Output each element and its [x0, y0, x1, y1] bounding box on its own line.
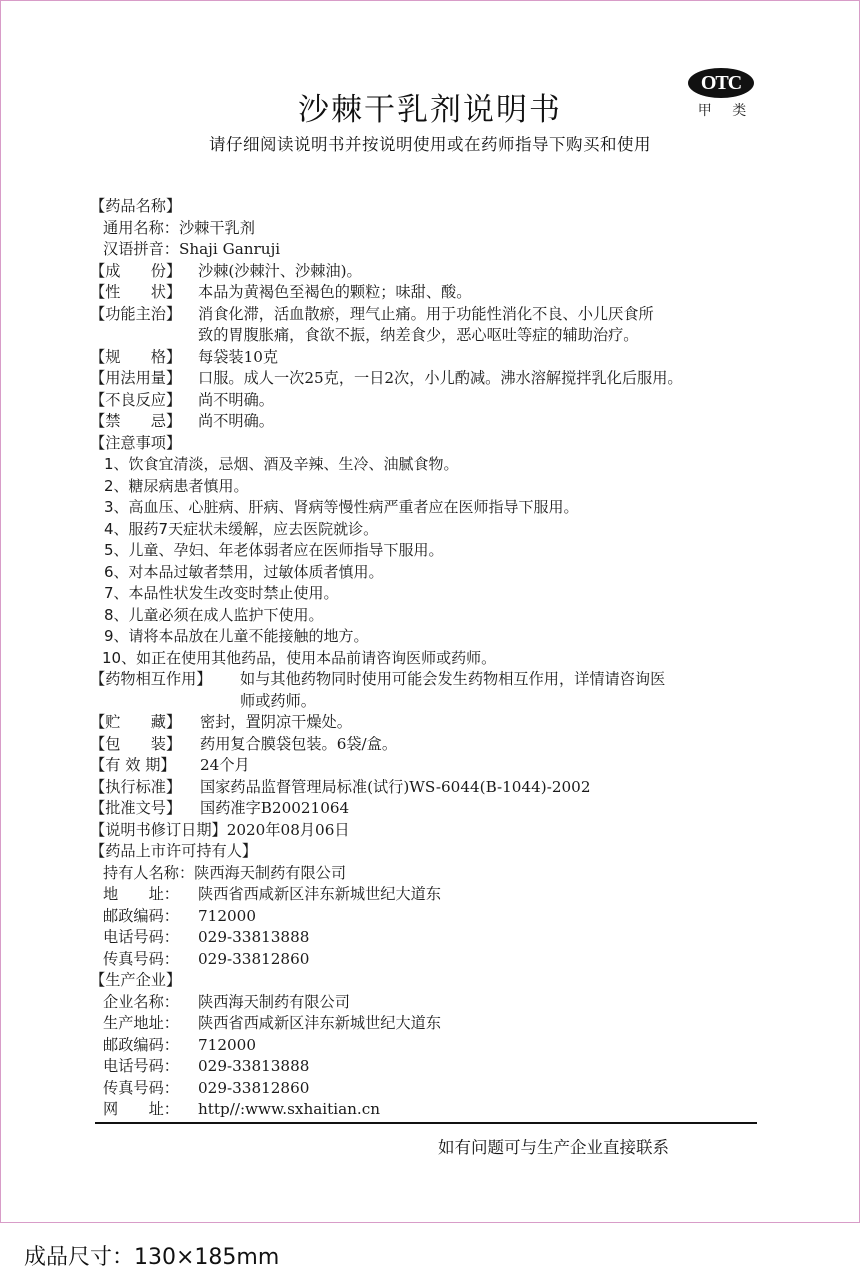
- field-value: 陕西海天制药有限公司: [194, 863, 346, 885]
- otc-logo-icon: OTC: [688, 68, 754, 98]
- section-label: 【批准文号】: [90, 798, 200, 820]
- section-label: 【禁 忌】: [90, 411, 198, 433]
- packaging-row: 【包 装】 药用复合膜袋包装。6袋/盒。: [90, 734, 790, 756]
- holder-field: 电话号码： 029-33813888: [90, 927, 790, 949]
- holder-field: 邮政编码： 712000: [90, 906, 790, 928]
- section-value: 尚不明确。: [198, 411, 274, 433]
- section-label: 【性 状】: [90, 282, 198, 304]
- field-value: 029-33813888: [198, 1056, 309, 1078]
- section-value: 药用复合膜袋包装。6袋/盒。: [200, 734, 397, 756]
- field-label: 传真号码：: [103, 949, 198, 971]
- field-value: 沙棘干乳剂: [179, 218, 255, 240]
- expiry-row: 【有 效 期】 24个月: [90, 755, 790, 777]
- manufacturer-header: 【生产企业】: [90, 970, 790, 992]
- field-value: 陕西海天制药有限公司: [198, 992, 350, 1014]
- section-label: 【功能主治】: [90, 304, 198, 326]
- field-value: 陕西省西咸新区沣东新城世纪大道东: [198, 884, 441, 906]
- storage-row: 【贮 藏】 密封，置阴凉干燥处。: [90, 712, 790, 734]
- manufacturer-field: 邮政编码： 712000: [90, 1035, 790, 1057]
- field-label: 邮政编码：: [103, 906, 198, 928]
- field-value: 712000: [198, 906, 256, 928]
- ingredients-row: 【成 份】 沙棘(沙棘汁、沙棘油)。: [90, 261, 790, 283]
- section-value: 密封，置阴凉干燥处。: [200, 712, 352, 734]
- section-drug-name-header: 【药品名称】: [90, 196, 790, 218]
- field-value: 029-33812860: [198, 1078, 309, 1100]
- indications-row: 【功能主治】 消食化滞，活血散瘀，理气止痛。用于功能性消化不良、小儿厌食所: [90, 304, 790, 326]
- section-value: 消食化滞，活血散瘀，理气止痛。用于功能性消化不良、小儿厌食所: [198, 304, 654, 326]
- field-value: 712000: [198, 1035, 256, 1057]
- manufacturer-field: 传真号码： 029-33812860: [90, 1078, 790, 1100]
- section-value: 尚不明确。: [198, 390, 274, 412]
- field-label: 持有人名称：: [103, 863, 194, 885]
- field-label: 地 址：: [103, 884, 198, 906]
- section-value: 国家药品监督管理局标准(试行)WS-6044(B-1044)-2002: [200, 777, 591, 799]
- description-row: 【性 状】 本品为黄褐色至褐色的颗粒；味甜、酸。: [90, 282, 790, 304]
- field-label: 汉语拼音：: [103, 239, 179, 261]
- precaution-item: 1、饮食宜清淡，忌烟、酒及辛辣、生冷、油腻食物。: [104, 454, 790, 476]
- indications-row-cont: 致的胃腹胀痛，食欲不振，纳差食少，恶心呕吐等症的辅助治疗。: [90, 325, 790, 347]
- holder-header: 【药品上市许可持有人】: [90, 841, 790, 863]
- section-value: 致的胃腹胀痛，食欲不振，纳差食少，恶心呕吐等症的辅助治疗。: [198, 325, 638, 347]
- manufacturer-field: 企业名称： 陕西海天制药有限公司: [90, 992, 790, 1014]
- field-label: 企业名称：: [103, 992, 198, 1014]
- website-value: http//:www.sxhaitian.cn: [198, 1099, 380, 1121]
- contact-note: 如有问题可与生产企业直接联系: [438, 1134, 669, 1158]
- footer-divider: [95, 1122, 757, 1124]
- adverse-row: 【不良反应】 尚不明确。: [90, 390, 790, 412]
- section-value: 2020年08月06日: [227, 820, 350, 842]
- manufacturer-field: 生产地址： 陕西省西咸新区沣东新城世纪大道东: [90, 1013, 790, 1035]
- otc-badge: OTC 甲 类: [688, 68, 756, 120]
- section-value: 本品为黄褐色至褐色的颗粒；味甜、酸。: [198, 282, 471, 304]
- precaution-item: 6、对本品过敏者禁用，过敏体质者慎用。: [104, 562, 790, 584]
- field-value: Shaji Ganruji: [179, 239, 280, 261]
- section-label: 【包 装】: [90, 734, 200, 756]
- field-label: 电话号码：: [103, 927, 198, 949]
- section-label: 【规 格】: [90, 347, 198, 369]
- pinyin-row: 汉语拼音： Shaji Ganruji: [90, 239, 790, 261]
- holder-field: 传真号码： 029-33812860: [90, 949, 790, 971]
- revision-date-row: 【说明书修订日期】 2020年08月06日: [90, 820, 790, 842]
- precaution-item: 3、高血压、心脏病、肝病、肾病等慢性病严重者应在医师指导下服用。: [104, 497, 790, 519]
- section-label: 【不良反应】: [90, 390, 198, 412]
- precaution-item: 10、如正在使用其他药品，使用本品前请咨询医师或药师。: [102, 648, 790, 670]
- section-label: 【执行标准】: [90, 777, 200, 799]
- holder-field: 持有人名称： 陕西海天制药有限公司: [90, 863, 790, 885]
- document-subtitle: 请仔细阅读说明书并按说明使用或在药师指导下购买和使用: [0, 131, 860, 155]
- field-label: 通用名称：: [103, 218, 179, 240]
- precaution-item: 7、本品性状发生改变时禁止使用。: [104, 583, 790, 605]
- interactions-row: 【药物相互作用】 如与其他药物同时使用可能会发生药物相互作用，详情请咨询医: [90, 669, 790, 691]
- section-label: 【说明书修订日期】: [90, 820, 227, 842]
- section-value: 师或药师。: [240, 691, 316, 713]
- finished-size-label: 成品尺寸：130×185mm: [24, 1240, 279, 1271]
- field-value: 029-33813888: [198, 927, 309, 949]
- manufacturer-field: 网 址： http//:www.sxhaitian.cn: [90, 1099, 790, 1121]
- otc-class-label: 甲 类: [688, 100, 756, 120]
- manufacturer-field: 电话号码： 029-33813888: [90, 1056, 790, 1078]
- generic-name-row: 通用名称： 沙棘干乳剂: [90, 218, 790, 240]
- leaflet-content: 【药品名称】 通用名称： 沙棘干乳剂 汉语拼音： Shaji Ganruji 【…: [90, 196, 790, 1121]
- section-value: 沙棘(沙棘汁、沙棘油)。: [198, 261, 362, 283]
- field-label: 网 址：: [103, 1099, 198, 1121]
- section-value: 国药准字B20021064: [200, 798, 349, 820]
- precaution-item: 9、请将本品放在儿童不能接触的地方。: [104, 626, 790, 648]
- precaution-item: 2、糖尿病患者慎用。: [104, 476, 790, 498]
- field-label: 生产地址：: [103, 1013, 198, 1035]
- section-label: 【成 份】: [90, 261, 198, 283]
- field-label: 邮政编码：: [103, 1035, 198, 1057]
- standard-row: 【执行标准】 国家药品监督管理局标准(试行)WS-6044(B-1044)-20…: [90, 777, 790, 799]
- section-value: 24个月: [200, 755, 250, 777]
- section-value: 每袋装10克: [198, 347, 278, 369]
- specification-row: 【规 格】 每袋装10克: [90, 347, 790, 369]
- precautions-list: 1、饮食宜清淡，忌烟、酒及辛辣、生冷、油腻食物。 2、糖尿病患者慎用。 3、高血…: [90, 454, 790, 669]
- field-label: 传真号码：: [103, 1078, 198, 1100]
- approval-row: 【批准文号】 国药准字B20021064: [90, 798, 790, 820]
- section-label: 【有 效 期】: [90, 755, 200, 777]
- section-label: 【用法用量】: [90, 368, 198, 390]
- precautions-header: 【注意事项】: [90, 433, 790, 455]
- interactions-row-cont: 师或药师。: [90, 691, 790, 713]
- field-value: 029-33812860: [198, 949, 309, 971]
- section-value: 如与其他药物同时使用可能会发生药物相互作用，详情请咨询医: [240, 669, 665, 691]
- contraindications-row: 【禁 忌】 尚不明确。: [90, 411, 790, 433]
- dosage-row: 【用法用量】 口服。成人一次25克，一日2次，小儿酌减。沸水溶解搅拌乳化后服用。: [90, 368, 790, 390]
- precaution-item: 8、儿童必须在成人监护下使用。: [104, 605, 790, 627]
- field-label: 电话号码：: [103, 1056, 198, 1078]
- precaution-item: 4、服药7天症状未缓解，应去医院就诊。: [104, 519, 790, 541]
- section-label: 【药物相互作用】: [90, 669, 240, 691]
- section-label: 【贮 藏】: [90, 712, 200, 734]
- section-value: 口服。成人一次25克，一日2次，小儿酌减。沸水溶解搅拌乳化后服用。: [198, 368, 683, 390]
- holder-field: 地 址： 陕西省西咸新区沣东新城世纪大道东: [90, 884, 790, 906]
- precaution-item: 5、儿童、孕妇、年老体弱者应在医师指导下服用。: [104, 540, 790, 562]
- field-value: 陕西省西咸新区沣东新城世纪大道东: [198, 1013, 441, 1035]
